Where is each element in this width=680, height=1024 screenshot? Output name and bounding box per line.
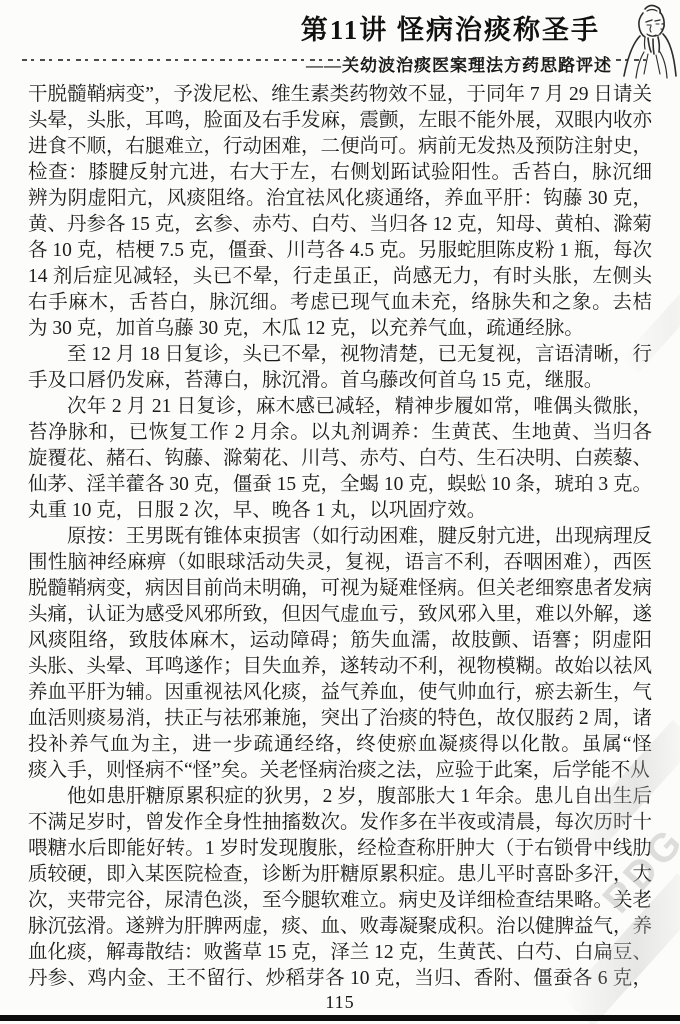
text-line: 仙茅、淫羊藿各 30 克，僵蚕 15 克，全蝎 10 克，蜈蚣 10 条，琥珀 … <box>28 472 652 498</box>
scan-edge-bar <box>0 1015 680 1021</box>
text-line: 养血平肝为辅。因重视祛风化痰，益气养血，使气帅血行，瘀去新生，气顺则痰易化， <box>28 680 652 706</box>
text-line: 质较硬，即入某医院检查，诊断为肝糖原累积症。患儿平时喜卧多汗，大便常日六七 <box>28 862 652 888</box>
text-line: 头痛，认证为感受风邪所致，但因气虚血亏，致风邪入里，难以外解，遂化燥炼液为痰， <box>28 602 652 628</box>
chapter-title: 第11讲 怪病治痰称圣手 <box>301 8 600 47</box>
text-line: 脉沉弦滑。遂辨为肝脾两虚，痰、血、败毒凝聚成积。治以健脾益气，养血补肝，活 <box>28 914 652 940</box>
text-line: 脱髓鞘病变，病因目前尚未明确，可视为疑难怪病。但关老细察患者发病时突然眩晕 <box>28 576 652 602</box>
text-line: 丸重 10 克，日服 2 次，早、晚各 1 丸，以巩固疗效。 <box>28 498 652 524</box>
text-line: 黄、丹参各 15 克，玄参、赤芍、白芍、当归各 12 克，知母、黄柏、滁菊花、刺… <box>28 212 652 238</box>
physician-portrait-icon <box>618 2 678 80</box>
text-line: 头胀、头晕、耳鸣遂作；目失血养，遂转动不利，视物模糊。故始以祛风化痰通络为主， <box>28 654 652 680</box>
text-line: 投补养气血为主，进一步疏通经络，终使瘀血凝痰得以化散。虽属“怪病”，但从治 <box>28 732 652 758</box>
text-line: 旋覆花、赭石、钩藤、滁菊花、川芎、赤芍、白芍、生石决明、白蒺藜、菟丝子、女贞子、 <box>28 446 652 472</box>
text-line: 为 30 克，加首乌藤 30 克，木瓜 12 克，以充养气血，疏通经脉。 <box>28 316 652 342</box>
text-line: 不满足岁时，曾发作全身性抽搐数次。发作多在半夜或清晨，每次历时十多分钟，经 <box>28 810 652 836</box>
text-line: 检查：膝腱反射亢进，右大于左，右侧划跖试验阳性。舌苔白，脉沉细滑。关老据证 <box>28 160 652 186</box>
text-line: 血活则痰易消，扶正与祛邪兼施，突出了治痰的特色，故仅服药 2 周，诸症大减，转 <box>28 706 652 732</box>
text-line: 他如患肝糖原累积症的狄男，2 岁，腹部胀大 1 年余。患儿自出生后即发育迟缓， <box>28 784 652 810</box>
text-line: 干脱髓鞘病变”，予泼尼松、维生素类药物效不显，于同年 7 月 29 日请关老会诊… <box>28 82 652 108</box>
text-line: 喂糖水后即能好转。1 岁时发现腹胀，经检查称肝肿大（于右锁骨中线肋缘下 4~5 … <box>28 836 652 862</box>
text-line: 至 12 月 18 日复诊，头已不晕，视物清楚，已无复视，言语清晰，行走如常，但 <box>28 342 652 368</box>
header-divider <box>22 59 652 61</box>
text-line: 次，夹带完谷，尿清色淡，至今腿软难立。病史及详细检查结果略。关老视其苔薄白， <box>28 888 652 914</box>
text-line: 右手麻木，舌苔白，脉沉细。考虑已现气血未充，络脉失和之象。去桔梗，改生黄芪 <box>28 290 652 316</box>
text-line: 苔净脉和，已恢复工作 2 月余。以丸剂调养：生黄芪、生地黄、当归各 60 克，何… <box>28 420 652 446</box>
text-line: 围性脑神经麻痹（如眼球活动失灵，复视，语言不利，吞咽困难），西医诊断为脑干 <box>28 550 652 576</box>
text-line: 原按：王男既有锥体束损害（如行动困难，腱反射亢进，出现病理反射），又有周 <box>28 524 652 550</box>
text-line: 痰入手，则怪病不“怪”矣。关老怪病治痰之法，应验于此案，后学能不从乎！ <box>28 758 652 784</box>
text-line: 14 剂后症见减轻，头已不晕，行走虽正，尚感无力，有时头胀，左侧头痛，复视尚存， <box>28 264 652 290</box>
page-header: 第11讲 怪病治痰称圣手 ——关幼波治痰医案理法方药思路评述 <box>301 8 612 76</box>
page-number: 115 <box>0 992 680 1013</box>
text-line: 丹参、鸡内金、王不留行、炒稻芽各 10 克，当归、香附、僵蚕各 6 克，白术、紫… <box>28 966 652 992</box>
text-line: 辨为阴虚阳亢，风痰阻络。治宜祛风化痰通络，养血平肝：钩藤 30 克，生黄芪、生地 <box>28 186 652 212</box>
text-line: 次年 2 月 21 日复诊，麻木感已减轻，精神步履如常，唯偶头微胀，食睡二便均正… <box>28 394 652 420</box>
text-line: 血化痰，解毒散结：败酱草 15 克，泽兰 12 克，生黄芪、白芍、白扁豆、党参、… <box>28 940 652 966</box>
text-line: 头晕，头胀，耳鸣，脸面及右手发麻，震颤，左眼不能外展，双眼内收亦弱，舌麻言謇， <box>28 108 652 134</box>
book-page: 第11讲 怪病治痰称圣手 ——关幼波治痰医案理法方药思路评述 <box>0 0 680 1024</box>
text-line: 风痰阻络，致肢体麻木，运动障碍；筋失血濡，故肢颤、语謇；阴虚阳亢，痰气挟风上扰， <box>28 628 652 654</box>
text-line: 进食不顺，右腿难立，行动困难，二便尚可。病前无发热及预防注射史，素无烟酒嗜好。 <box>28 134 652 160</box>
body-text: 干脱髓鞘病变”，予泼尼松、维生素类药物效不显，于同年 7 月 29 日请关老会诊… <box>28 82 652 992</box>
text-line: 手及口唇仍发麻，苔薄白，脉沉滑。首乌藤改何首乌 15 克，继服。 <box>28 368 652 394</box>
text-line: 各 10 克，桔梗 7.5 克，僵蚕、川芎各 4.5 克。另服蛇胆陈皮粉 1 瓶… <box>28 238 652 264</box>
chapter-subtitle: ——关幼波治痰医案理法方药思路评述 <box>301 51 612 76</box>
